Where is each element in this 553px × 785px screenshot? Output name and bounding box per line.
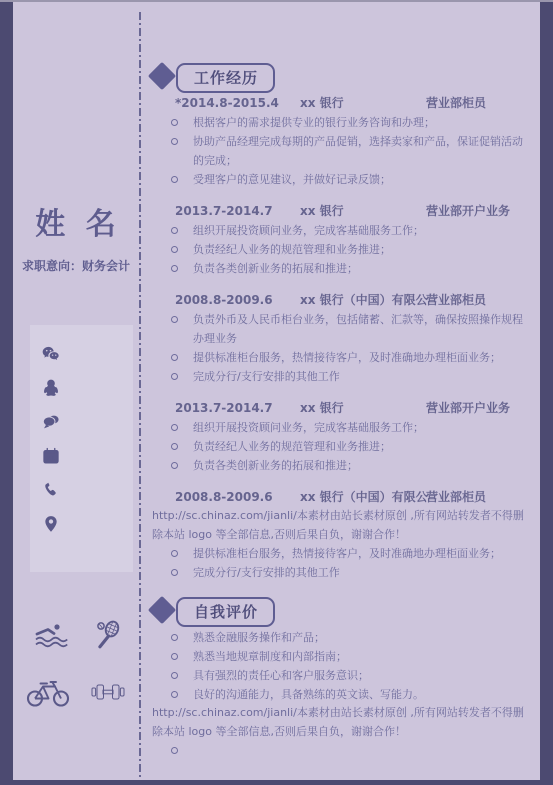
entry-company: xx 银行（中国）有限公: [300, 291, 426, 310]
page-top-strip: [0, 0, 553, 2]
bullet-circle-icon: [171, 265, 178, 272]
bullet-circle-icon: [171, 246, 178, 253]
work-entry-header: 2008.8-2009.6 xx 银行（中国）有限公 营业部柜员: [152, 488, 533, 507]
contact-panel: 31: [30, 325, 133, 572]
bullet-text: 协助产品经理完成每期的产品促销，选择卖家和产品，保证促销活动的完成；: [193, 132, 533, 170]
bullet-item: 提供标准柜台服务，热情接待客户，及时准确地办理柜面业务；: [152, 544, 533, 563]
bullet-item: 提供标准柜台服务，热情接待客户，及时准确地办理柜面业务；: [152, 348, 533, 367]
job-objective: 求职意向：财务会计: [13, 257, 139, 274]
bullet-text: 根据客户的需求提供专业的银行业务咨询和办理；: [193, 113, 533, 132]
bullet-item: [152, 741, 533, 754]
entry-date: 2008.8-2009.6: [175, 488, 300, 507]
bullet-text: [193, 741, 533, 754]
bullet-text: 提供标准柜台服务，热情接待客户，及时准确地办理柜面业务；: [193, 544, 533, 563]
self-evaluation-section: 自我评价 熟悉金融服务操作和产品； 熟悉当地规章制度和内部指南； 具有强烈的责任…: [152, 597, 533, 754]
bullet-text: 熟悉当地规章制度和内部指南；: [193, 647, 533, 666]
bullet-text: 负责外币及人民币柜台业务，包括储蓄、汇款等，确保按照操作规程办理业务: [193, 310, 533, 348]
bullet-item: 良好的沟通能力，具备熟练的英文读、写能力。: [152, 685, 533, 704]
tennis-icon: [94, 619, 124, 655]
bullet-item: 负责外币及人民币柜台业务，包括储蓄、汇款等，确保按照操作规程办理业务: [152, 310, 533, 348]
entry-date: *2014.8-2015.4: [175, 94, 300, 113]
bullet-text: 提供标准柜台服务，热情接待客户，及时准确地办理柜面业务；: [193, 348, 533, 367]
swimming-icon: [34, 622, 70, 648]
bullet-item: 受理客户的意见建议，并做好记录反馈；: [152, 170, 533, 189]
bullet-item: 组织开展投资顾问业务，完成客基础服务工作；: [152, 221, 533, 240]
bullet-item: 负责各类创新业务的拓展和推进；: [152, 456, 533, 475]
entry-position: 营业部柜员: [426, 94, 533, 113]
vertical-dashed-divider: [139, 12, 141, 777]
work-entry: 2008.8-2009.6 xx 银行（中国）有限公 营业部柜员 负责外币及人民…: [152, 291, 533, 386]
bullet-circle-icon: [171, 176, 178, 183]
bullet-item: 根据客户的需求提供专业的银行业务咨询和办理；: [152, 113, 533, 132]
bullet-item: 负责经纪人业务的规范管理和业务推进；: [152, 240, 533, 259]
bullet-item: 熟悉当地规章制度和内部指南；: [152, 647, 533, 666]
bullet-circle-icon: [171, 138, 178, 145]
bullet-circle-icon: [171, 653, 178, 660]
entry-date: 2013.7-2014.7: [175, 399, 300, 418]
entry-position: 营业部柜员: [426, 291, 533, 310]
sidebar: 姓 名 求职意向：财务会计: [13, 0, 139, 785]
entry-company: xx 银行: [300, 94, 426, 113]
diamond-icon: [148, 596, 176, 624]
section-title: 工作经历: [176, 63, 275, 93]
diamond-icon: [148, 62, 176, 90]
bullet-circle-icon: [171, 354, 178, 361]
bullet-circle-icon: [171, 550, 178, 557]
copyright-note: http://sc.chinaz.com/jianli/本素材由站长素材原创 ,…: [152, 704, 533, 741]
bullet-item: 完成分行/支行安排的其他工作: [152, 563, 533, 582]
section-title: 自我评价: [176, 597, 275, 627]
bullet-text: 良好的沟通能力，具备熟练的英文读、写能力。: [193, 685, 533, 704]
bullet-text: 负责经纪人业务的规范管理和业务推进；: [193, 240, 533, 259]
bullet-text: 负责经纪人业务的规范管理和业务推进；: [193, 437, 533, 456]
copyright-note: http://sc.chinaz.com/jianli/本素材由站长素材原创 ,…: [152, 507, 533, 544]
location-icon: [41, 514, 61, 534]
entry-position: 营业部开户业务: [426, 399, 533, 418]
bullet-text: 具有强烈的责任心和客户服务意识；: [193, 666, 533, 685]
calendar-day-label: 31: [47, 455, 56, 462]
bullet-item: 完成分行/支行安排的其他工作: [152, 367, 533, 386]
entry-company: xx 银行: [300, 399, 426, 418]
message-icon: [41, 412, 61, 432]
bullet-circle-icon: [171, 316, 178, 323]
bullet-text: 负责各类创新业务的拓展和推进；: [193, 456, 533, 475]
bullet-circle-icon: [171, 119, 178, 126]
page-left-bar: [0, 0, 13, 785]
bullet-circle-icon: [171, 747, 178, 754]
work-entry: 2013.7-2014.7 xx 银行 营业部开户业务 组织开展投资顾问业务，完…: [152, 399, 533, 475]
entry-position: 营业部开户业务: [426, 202, 533, 221]
bullet-item: 具有强烈的责任心和客户服务意识；: [152, 666, 533, 685]
bullet-text: 组织开展投资顾问业务，完成客基础服务工作；: [193, 418, 533, 437]
bullet-circle-icon: [171, 691, 178, 698]
bullet-item: 负责经纪人业务的规范管理和业务推进；: [152, 437, 533, 456]
bullet-item: 负责各类创新业务的拓展和推进；: [152, 259, 533, 278]
work-entry: 2008.8-2009.6 xx 银行（中国）有限公 营业部柜员 http://…: [152, 488, 533, 582]
qq-icon: [41, 378, 61, 398]
bullet-circle-icon: [171, 462, 178, 469]
dumbbell-icon: [89, 682, 127, 702]
bullet-circle-icon: [171, 443, 178, 450]
wechat-icon: [41, 344, 61, 364]
bullet-item: 协助产品经理完成每期的产品促销，选择卖家和产品，保证促销活动的完成；: [152, 132, 533, 170]
bullet-text: 组织开展投资顾问业务，完成客基础服务工作；: [193, 221, 533, 240]
entry-position: 营业部柜员: [426, 488, 533, 507]
phone-icon: [41, 480, 61, 500]
bullet-text: 完成分行/支行安排的其他工作: [193, 563, 533, 582]
work-entry-header: 2008.8-2009.6 xx 银行（中国）有限公 营业部柜员: [152, 291, 533, 310]
resume-page: { "colors": { "background": "#cdc5dc", "…: [0, 0, 553, 785]
bullet-item: 组织开展投资顾问业务，完成客基础服务工作；: [152, 418, 533, 437]
entry-company: xx 银行: [300, 202, 426, 221]
work-entry-header: *2014.8-2015.4 xx 银行 营业部柜员: [152, 94, 533, 113]
work-entry: 2013.7-2014.7 xx 银行 营业部开户业务 组织开展投资顾问业务，完…: [152, 202, 533, 278]
bullet-circle-icon: [171, 634, 178, 641]
bullet-text: 完成分行/支行安排的其他工作: [193, 367, 533, 386]
bullet-circle-icon: [171, 672, 178, 679]
bullet-text: 负责各类创新业务的拓展和推进；: [193, 259, 533, 278]
bullet-item: 熟悉金融服务操作和产品；: [152, 628, 533, 647]
work-entry: *2014.8-2015.4 xx 银行 营业部柜员 根据客户的需求提供专业的银…: [152, 94, 533, 189]
bullet-text: 受理客户的意见建议，并做好记录反馈；: [193, 170, 533, 189]
work-entry-header: 2013.7-2014.7 xx 银行 营业部开户业务: [152, 202, 533, 221]
calendar-icon: 31: [41, 446, 61, 466]
bullet-circle-icon: [171, 373, 178, 380]
bullet-circle-icon: [171, 424, 178, 431]
entry-date: 2008.8-2009.6: [175, 291, 300, 310]
work-entry-header: 2013.7-2014.7 xx 银行 营业部开户业务: [152, 399, 533, 418]
entry-company: xx 银行（中国）有限公: [300, 488, 426, 507]
bullet-text: 熟悉金融服务操作和产品；: [193, 628, 533, 647]
section-header: 自我评价: [152, 597, 533, 625]
bullet-circle-icon: [171, 569, 178, 576]
candidate-name: 姓 名: [13, 199, 139, 243]
bullet-circle-icon: [171, 227, 178, 234]
page-bottom-bar: [0, 780, 553, 785]
cycling-icon: [26, 676, 70, 708]
page-right-bar: [540, 0, 553, 785]
work-experience-section: 工作经历 *2014.8-2015.4 xx 银行 营业部柜员 根据客户的需求提…: [152, 63, 533, 595]
section-header: 工作经历: [152, 63, 533, 91]
entry-date: 2013.7-2014.7: [175, 202, 300, 221]
